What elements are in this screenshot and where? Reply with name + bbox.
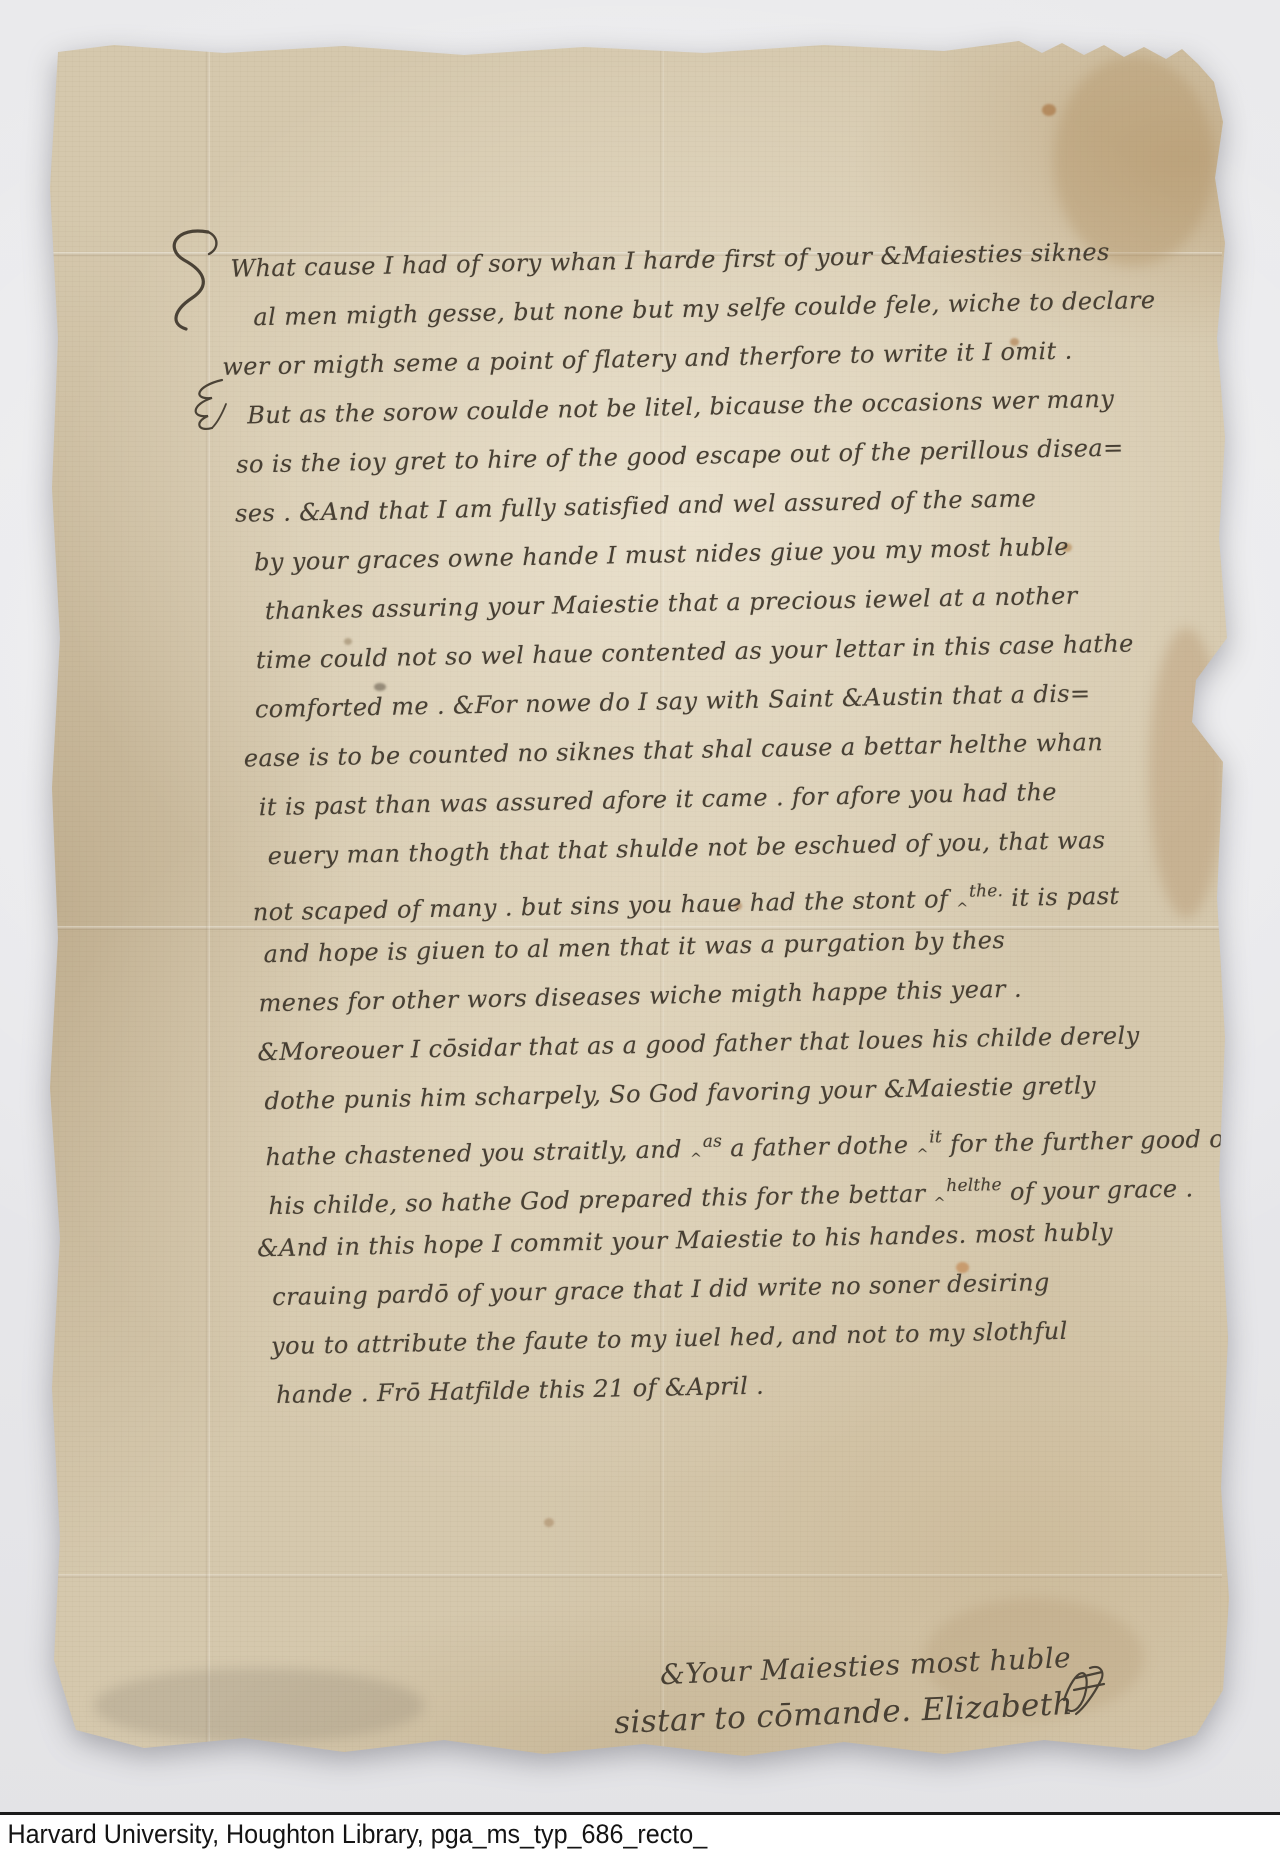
caption-bar: Harvard University, Houghton Library, pg… <box>0 1812 1280 1853</box>
signature-block: &Your Maiesties most huble sistar to cōm… <box>600 1634 1074 1748</box>
stain <box>1042 104 1056 116</box>
manuscript-page: What cause I had of sory whan I harde fi… <box>44 38 1232 1762</box>
stain <box>544 1518 554 1527</box>
caption-text: Harvard University, Houghton Library, pg… <box>0 1819 707 1850</box>
manuscript-page-wrap: What cause I had of sory whan I harde fi… <box>44 38 1232 1762</box>
stain <box>1149 628 1224 918</box>
fold-crease <box>50 1574 1222 1578</box>
manuscript-photo-screenshot: What cause I had of sory whan I harde fi… <box>0 0 1280 1853</box>
stain <box>94 1668 424 1743</box>
letter-body: What cause I had of sory whan I harde fi… <box>164 227 1166 1422</box>
